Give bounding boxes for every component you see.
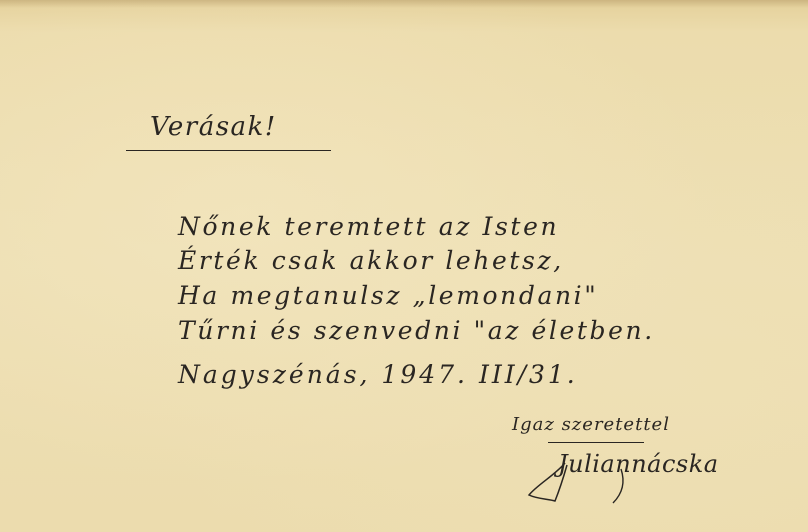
place-and-date: Nagyszénás, 1947. III/31. <box>178 360 578 389</box>
handwritten-page: Verásak! Nőnek teremtett az Isten Érték … <box>0 0 808 532</box>
verse-line-3: Ha megtanulsz „lemondani" <box>178 281 598 310</box>
verse-line-4: Tűrni és szenvedni "az életben. <box>178 316 655 345</box>
heading: Verásak! <box>150 112 277 142</box>
verse-line-1: Nőnek teremtett az Isten <box>178 212 559 241</box>
signature: Juliannácska <box>558 450 719 478</box>
closing-phrase: Igaz szeretettel <box>512 414 670 435</box>
closing-underline <box>548 442 644 443</box>
verse-line-2: Érték csak akkor lehetsz, <box>178 246 564 275</box>
heading-underline <box>126 150 331 151</box>
